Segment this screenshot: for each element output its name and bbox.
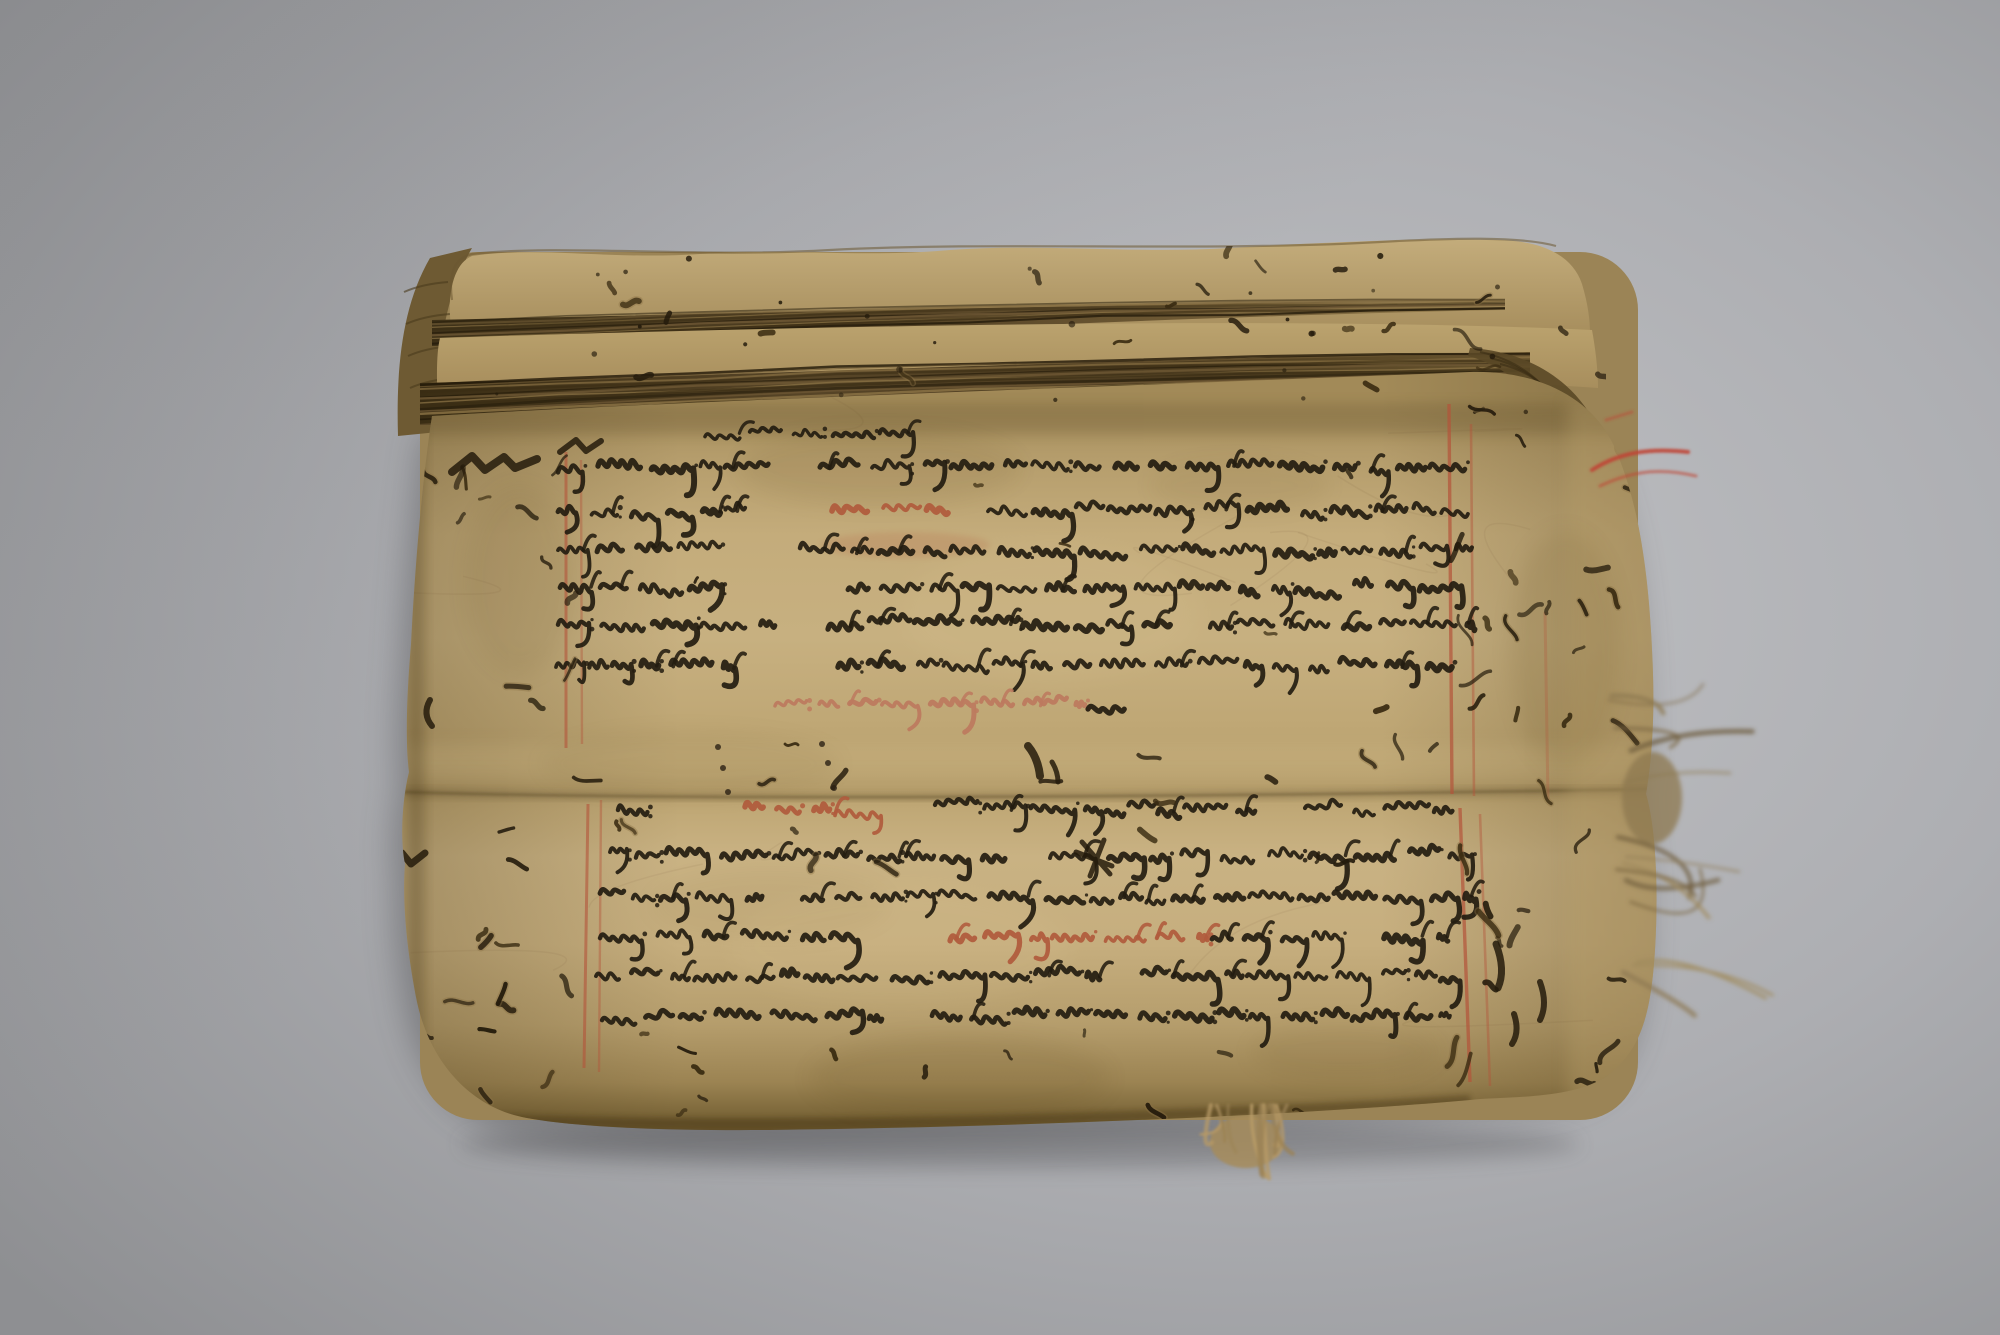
photo-canvas [0,0,2000,1335]
manuscript-photo [0,0,2000,1335]
front-leaf [351,367,1668,1140]
